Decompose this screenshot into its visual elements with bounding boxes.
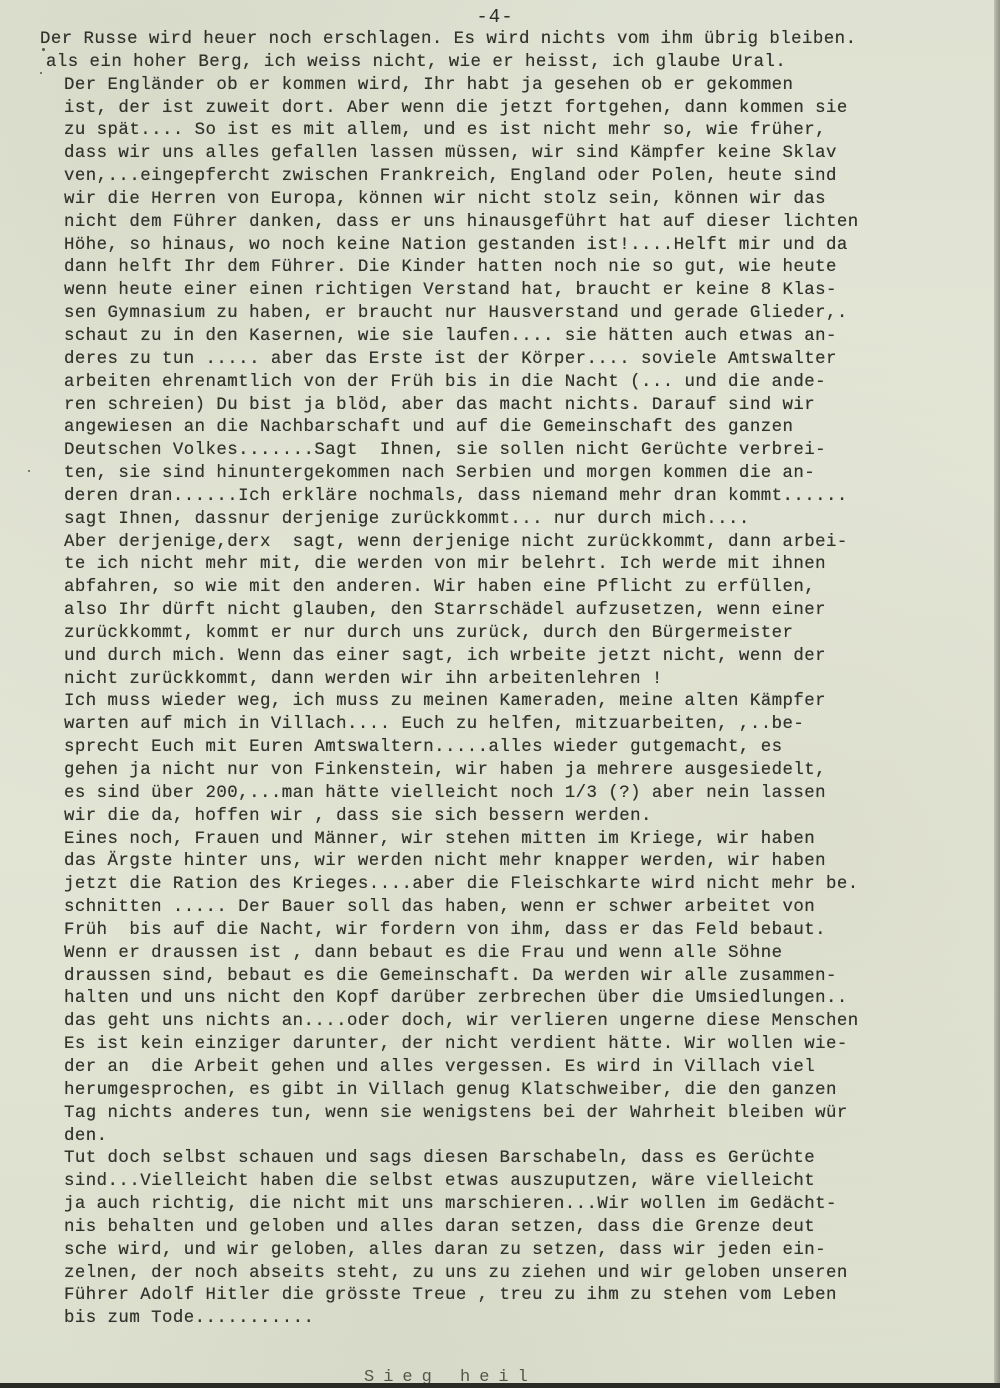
text-line: dass wir uns alles gefallen lassen müsse…	[64, 143, 984, 166]
text-line: zu spät.... So ist es mit allem, und es …	[64, 120, 984, 143]
paper-bottom-edge	[0, 1383, 1000, 1388]
page-number: -4-	[0, 6, 995, 28]
paper-right-edge	[994, 0, 1000, 1388]
text-line: arbeiten ehrenamtlich von der Früh bis i…	[64, 372, 984, 395]
text-line: bis zum Tode...........	[64, 1308, 984, 1331]
text-line: als ein hoher Berg, ich weiss nicht, wie…	[46, 52, 984, 75]
text-line: Wenn er draussen ist , dann bebaut es di…	[64, 943, 984, 966]
text-line: Deutschen Volkes.......Sagt Ihnen, sie s…	[64, 440, 984, 463]
text-line: abfahren, so wie mit den anderen. Wir ha…	[64, 577, 984, 600]
text-line: te ich nicht mehr mit, die werden von mi…	[64, 554, 984, 577]
text-line: Aber derjenige,derx sagt, wenn derjenige…	[64, 532, 984, 555]
text-line: nis behalten und geloben und alles daran…	[64, 1217, 984, 1240]
text-line: halten und uns nicht den Kopf darüber ze…	[64, 988, 984, 1011]
text-line: Höhe, so hinaus, wo noch keine Nation ge…	[64, 235, 984, 258]
text-line: schnitten ..... Der Bauer soll das haben…	[64, 897, 984, 920]
text-line: wenn heute einer einen richtigen Verstan…	[64, 280, 984, 303]
text-line: nicht dem Führer danken, dass er uns hin…	[64, 212, 984, 235]
text-line: deren dran......Ich erkläre nochmals, da…	[64, 486, 984, 509]
text-line: und durch mich. Wenn das einer sagt, ich…	[64, 646, 984, 669]
text-line: dann helft Ihr dem Führer. Die Kinder ha…	[64, 257, 984, 280]
speech-transcript-body: Der Russe wird heuer noch erschlagen. Es…	[64, 29, 984, 1331]
text-line: das Ärgste hinter uns, wir werden nicht …	[64, 851, 984, 874]
text-line: also Ihr dürft nicht glauben, den Starrs…	[64, 600, 984, 623]
text-line: ja auch richtig, die nicht mit uns marsc…	[64, 1194, 984, 1217]
text-line: Der Russe wird heuer noch erschlagen. Es…	[40, 29, 984, 52]
text-line: Tag nichts anderes tun, wenn sie wenigst…	[64, 1103, 984, 1126]
text-line: schaut zu in den Kasernen, wie sie laufe…	[64, 326, 984, 349]
text-line: es sind über 200,...man hätte vielleicht…	[64, 783, 984, 806]
text-line: Ich muss wieder weg, ich muss zu meinen …	[64, 691, 984, 714]
text-line: angewiesen an die Nachbarschaft und auf …	[64, 417, 984, 440]
text-line: Tut doch selbst schauen und sags diesen …	[64, 1148, 984, 1171]
text-line: sind...Vielleicht haben die selbst etwas…	[64, 1171, 984, 1194]
text-line: wir die da, hoffen wir , dass sie sich b…	[64, 806, 984, 829]
text-line: zurückkommt, kommt er nur durch uns zurü…	[64, 623, 984, 646]
text-line: nicht zurückkommt, dann werden wir ihn a…	[64, 669, 984, 692]
text-line: der an die Arbeit gehen und alles verges…	[64, 1057, 984, 1080]
text-line: warten auf mich in Villach.... Euch zu h…	[64, 714, 984, 737]
text-line: Eines noch, Frauen und Männer, wir stehe…	[64, 829, 984, 852]
text-line: draussen sind, bebaut es die Gemeinschaf…	[64, 966, 984, 989]
text-line: deres zu tun ..... aber das Erste ist de…	[64, 349, 984, 372]
text-line: den.	[64, 1126, 984, 1149]
text-line: ist, der ist zuweit dort. Aber wenn die …	[64, 98, 984, 121]
ink-speck	[42, 48, 45, 51]
ink-speck	[40, 72, 42, 74]
ink-speck	[28, 470, 30, 472]
text-line: ten, sie sind hinuntergekommen nach Serb…	[64, 463, 984, 486]
text-line: zelnen, der noch abseits steht, zu uns z…	[64, 1263, 984, 1286]
text-line: sen Gymnasium zu haben, er braucht nur H…	[64, 303, 984, 326]
text-line: wir die Herren von Europa, können wir ni…	[64, 189, 984, 212]
text-line: Der Engländer ob er kommen wird, Ihr hab…	[64, 75, 984, 98]
text-line: Es ist kein einziger darunter, der nicht…	[64, 1034, 984, 1057]
text-line: ren schreien) Du bist ja blöd, aber das …	[64, 395, 984, 418]
typewritten-page: -4- Der Russe wird heuer noch erschlagen…	[0, 0, 1000, 1388]
text-line: sprecht Euch mit Euren Amtswaltern.....a…	[64, 737, 984, 760]
text-line: sche wird, und wir geloben, alles daran …	[64, 1240, 984, 1263]
text-line: sagt Ihnen, dassnur derjenige zurückkomm…	[64, 509, 984, 532]
text-line: das geht uns nichts an....oder doch, wir…	[64, 1011, 984, 1034]
text-line: Führer Adolf Hitler die grösste Treue , …	[64, 1285, 984, 1308]
text-line: Früh bis auf die Nacht, wir fordern von …	[64, 920, 984, 943]
text-line: jetzt die Ration des Krieges....aber die…	[64, 874, 984, 897]
text-line: gehen ja nicht nur von Finkenstein, wir …	[64, 760, 984, 783]
text-line: ven,...eingepfercht zwischen Frankreich,…	[64, 166, 984, 189]
text-line: herumgesprochen, es gibt in Villach genu…	[64, 1080, 984, 1103]
